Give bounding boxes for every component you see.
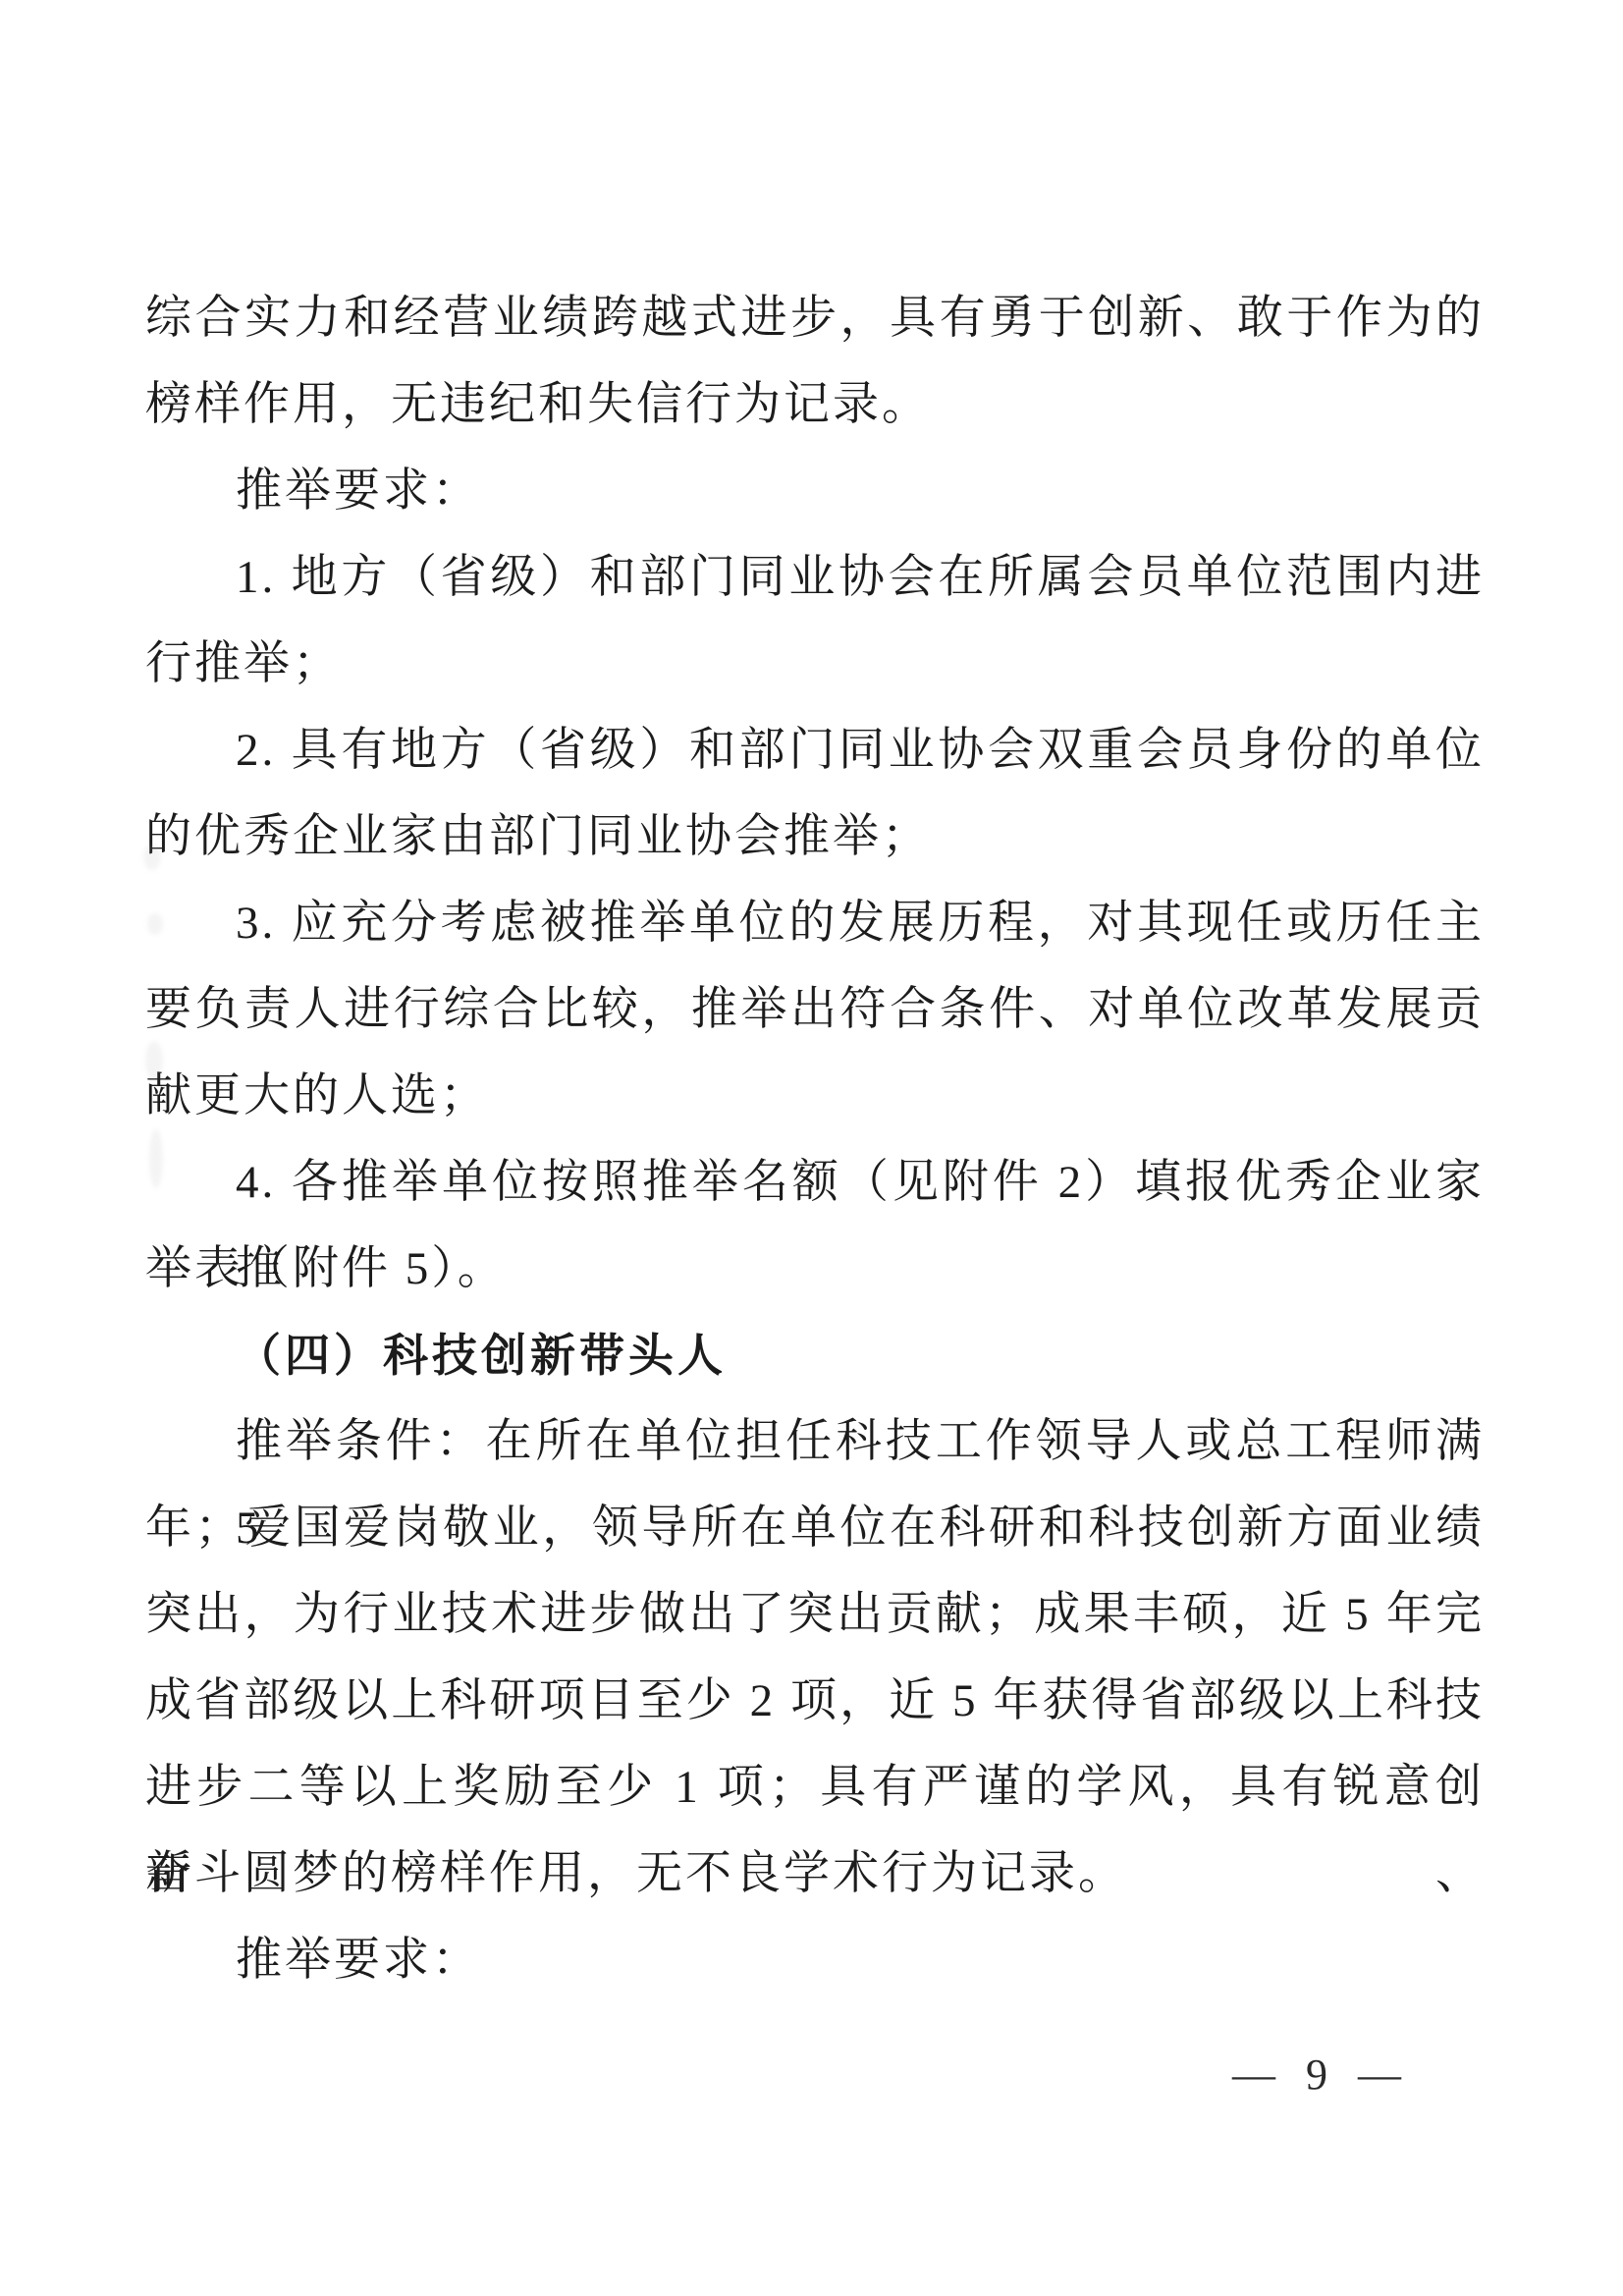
section-heading: （四）科技创新带头人: [145, 1312, 1485, 1398]
text-line: 献更大的人选；: [145, 1053, 1485, 1139]
text-line: 行推举；: [145, 621, 1485, 707]
text-line: 推举条件：在所在单位担任科技工作领导人或总工程师满 5: [145, 1398, 1485, 1485]
text-line: 榜样作用，无违纪和失信行为记录。: [145, 361, 1485, 448]
text-line: 进步二等以上奖励至少 1 项；具有严谨的学风，具有锐意创新、: [145, 1744, 1485, 1831]
scan-smudge: [149, 1129, 163, 1188]
scan-smudge: [145, 1041, 163, 1080]
text-line: 推举要求：: [145, 1917, 1485, 2003]
text-line: 3. 应充分考虑被推举单位的发展历程，对其现任或历任主: [145, 880, 1485, 966]
text-line: 2. 具有地方（省级）和部门同业协会双重会员身份的单位: [145, 707, 1485, 793]
scan-smudge: [147, 913, 163, 935]
text-line: 年；爱国爱岗敬业，领导所在单位在科研和科技创新方面业绩: [145, 1485, 1485, 1571]
scan-smudge: [143, 845, 161, 870]
page-number: — 9 —: [1232, 2050, 1411, 2100]
text-line: 举表（附件 5）。: [145, 1226, 1485, 1312]
text-line: 综合实力和经营业绩跨越式进步，具有勇于创新、敢于作为的: [145, 275, 1485, 361]
document-page: 综合实力和经营业绩跨越式进步，具有勇于创新、敢于作为的榜样作用，无违纪和失信行为…: [0, 0, 1623, 2296]
document-body: 综合实力和经营业绩跨越式进步，具有勇于创新、敢于作为的榜样作用，无违纪和失信行为…: [145, 275, 1485, 2003]
text-line: 4. 各推举单位按照推举名额（见附件 2）填报优秀企业家推: [145, 1139, 1485, 1226]
text-line: 要负责人进行综合比较，推举出符合条件、对单位改革发展贡: [145, 966, 1485, 1053]
text-line: 成省部级以上科研项目至少 2 项，近 5 年获得省部级以上科技: [145, 1658, 1485, 1744]
text-line: 的优秀企业家由部门同业协会推举；: [145, 793, 1485, 880]
text-line: 突出，为行业技术进步做出了突出贡献；成果丰硕，近 5 年完: [145, 1571, 1485, 1658]
text-line: 1. 地方（省级）和部门同业协会在所属会员单位范围内进: [145, 534, 1485, 621]
text-line: 推举要求：: [145, 448, 1485, 534]
